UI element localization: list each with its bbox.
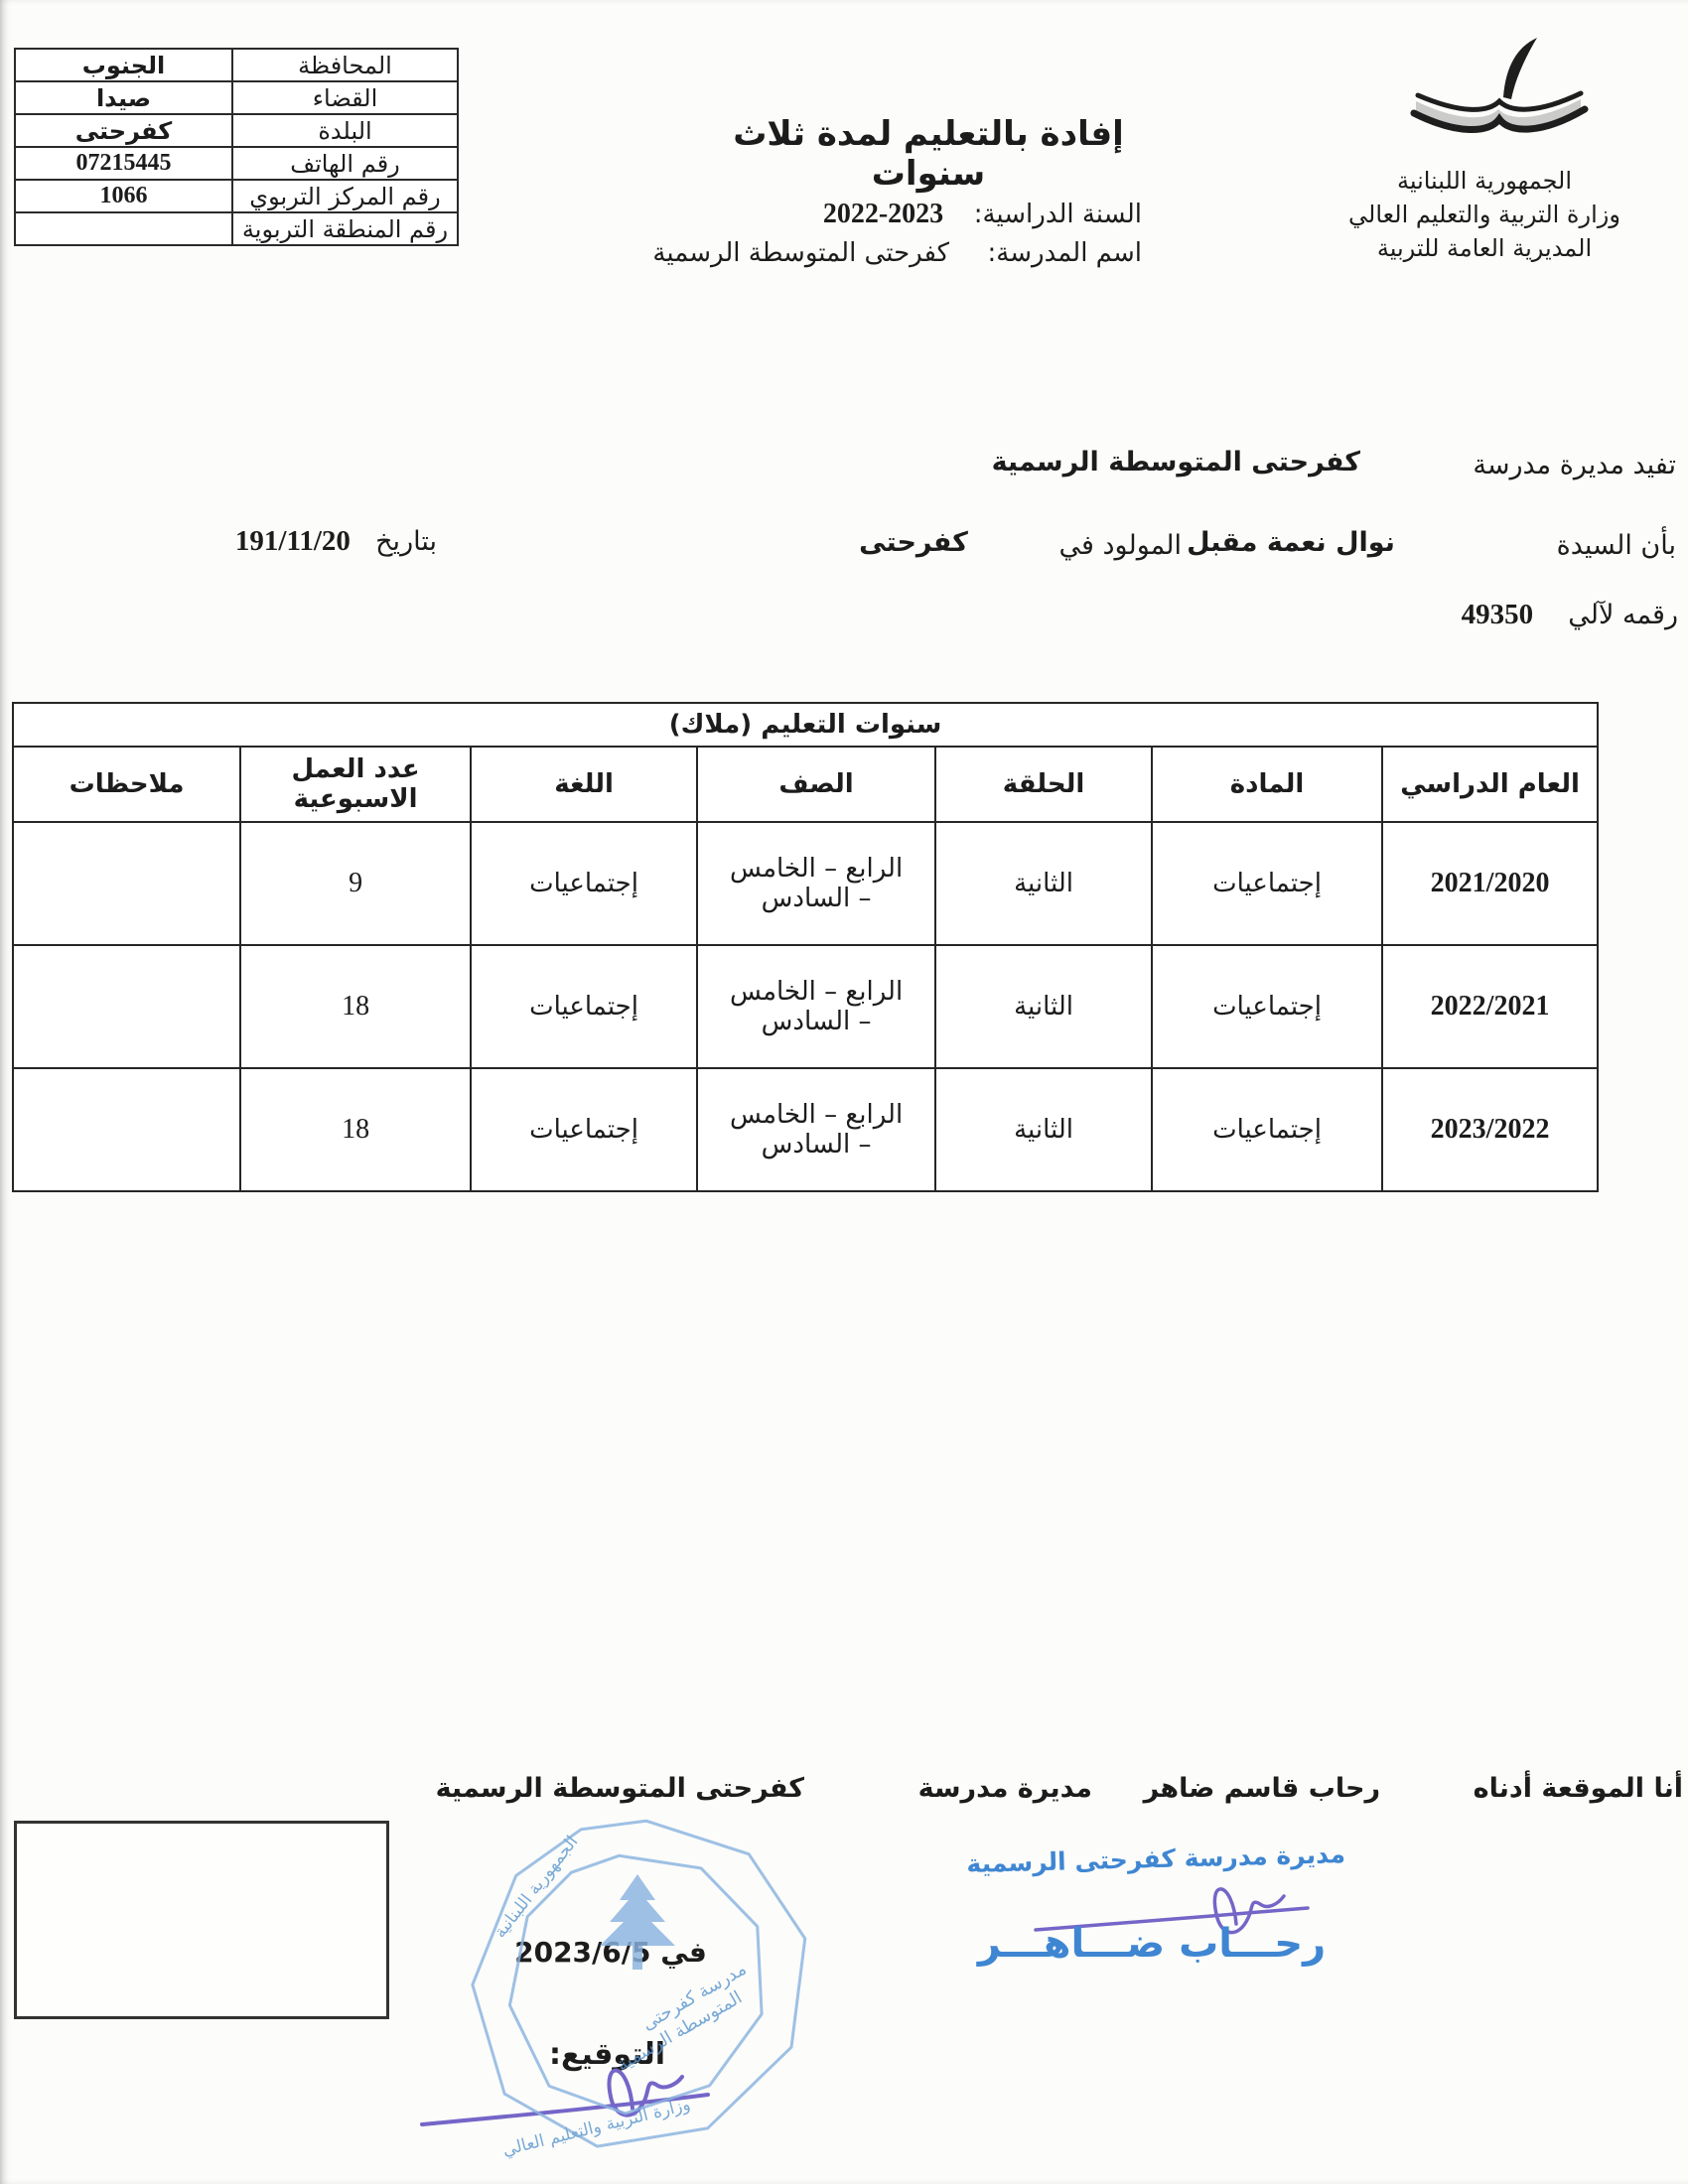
date-line: في 2023/6/5 xyxy=(501,1936,720,1969)
cycle-cell: الثانية xyxy=(935,1068,1152,1191)
weekly-hours-cell: 9 xyxy=(240,822,471,945)
notes-cell xyxy=(13,945,240,1068)
signer-name: رحاب قاسم ضاهر xyxy=(1172,1773,1380,1804)
language-cell: إجتماعيات xyxy=(471,945,697,1068)
teacher-name: نوال نعمة مقبل xyxy=(1172,527,1410,558)
meta-value: 1066 xyxy=(15,180,232,212)
registry-number-line: رقمه لآلي 49350 xyxy=(1331,599,1678,631)
grade-cell: الرابع – الخامس – السادس xyxy=(697,945,935,1068)
signer-school: كفرحتى المتوسطة الرسمية xyxy=(467,1773,804,1804)
table-row: 2023/2022 إجتماعيات الثانية الرابع – الخ… xyxy=(13,1068,1598,1191)
ministry-header: الجمهورية اللبنانية وزارة التربية والتعل… xyxy=(1331,164,1638,265)
school-year-line: السنة الدراسية: 2023-2022 xyxy=(774,199,1142,230)
meta-value: الجنوب xyxy=(15,49,232,81)
table-row: القضاء صيدا xyxy=(15,81,458,114)
language-cell: إجتماعيات xyxy=(471,822,697,945)
grade-cell: الرابع – الخامس – السادس xyxy=(697,822,935,945)
seal-text: الجمهورية اللبنانية xyxy=(491,1833,583,1943)
body-line1-school: كفرحتى المتوسطة الرسمية xyxy=(1033,447,1360,478)
empty-signature-box xyxy=(14,1821,389,2019)
handwritten-signature-icon xyxy=(412,2045,720,2144)
registry-number-value: 49350 xyxy=(1462,599,1534,630)
teaching-years-table: سنوات التعليم (ملاك) العام الدراسي الماد… xyxy=(12,702,1599,1192)
meta-value: صيدا xyxy=(15,81,232,114)
cycle-cell: الثانية xyxy=(935,822,1152,945)
col-header-language: اللغة xyxy=(471,747,697,822)
table-row: 2021/2020 إجتماعيات الثانية الرابع – الخ… xyxy=(13,822,1598,945)
table-row: 2022/2021 إجتماعيات الثانية الرابع – الخ… xyxy=(13,945,1598,1068)
col-header-subject: المادة xyxy=(1152,747,1382,822)
birthplace: كفرحتى xyxy=(854,527,973,558)
school-year-value: 2023-2022 xyxy=(823,199,943,229)
meta-label: البلدة xyxy=(232,114,458,147)
cycle-cell: الثانية xyxy=(935,945,1152,1068)
table-row: رقم المنطقة التربوية xyxy=(15,212,458,245)
school-year-label: السنة الدراسية: xyxy=(974,200,1142,229)
year-cell: 2021/2020 xyxy=(1382,822,1598,945)
col-header-grade: الصف xyxy=(697,747,935,822)
meta-label: رقم المركز التربوي xyxy=(232,180,458,212)
manager-stamp-name: رحـــاب ضـــاهـــر xyxy=(973,1921,1331,1967)
col-header-year: العام الدراسي xyxy=(1382,747,1598,822)
birthdate-line: بتاريخ 191/11/20 xyxy=(209,525,437,558)
subject-cell: إجتماعيات xyxy=(1152,822,1382,945)
school-name-value: كفرحتى المتوسطة الرسمية xyxy=(652,238,949,268)
col-header-notes: ملاحظات xyxy=(13,747,240,822)
footer-prefix: أنا الموقعة أدناه xyxy=(1445,1773,1683,1804)
language-cell: إجتماعيات xyxy=(471,1068,697,1191)
born-in-label: المولود في xyxy=(1033,530,1182,561)
body-line2-prefix: بأن السيدة xyxy=(1477,530,1676,561)
meta-info-table: المحافظة الجنوب القضاء صيدا البلدة كفرحت… xyxy=(14,48,459,246)
meta-label: رقم الهاتف xyxy=(232,147,458,180)
meta-label: القضاء xyxy=(232,81,458,114)
meta-label: رقم المنطقة التربوية xyxy=(232,212,458,245)
ministry-open-book-logo-icon xyxy=(1388,36,1609,153)
col-header-weekly-hours: عدد العمل الاسبوعية xyxy=(240,747,471,822)
meta-label: المحافظة xyxy=(232,49,458,81)
republic-name: الجمهورية اللبنانية xyxy=(1331,164,1638,198)
meta-value xyxy=(15,212,232,245)
col-header-cycle: الحلقة xyxy=(935,747,1152,822)
weekly-hours-cell: 18 xyxy=(240,1068,471,1191)
table-title-row: سنوات التعليم (ملاك) xyxy=(13,703,1598,747)
meta-value: كفرحتى xyxy=(15,114,232,147)
registry-number-label: رقمه لآلي xyxy=(1568,600,1678,630)
table-row: البلدة كفرحتى xyxy=(15,114,458,147)
year-cell: 2022/2021 xyxy=(1382,945,1598,1068)
scanned-document-page: المحافظة الجنوب القضاء صيدا البلدة كفرحت… xyxy=(0,0,1688,2184)
table-header-row: العام الدراسي المادة الحلقة الصف اللغة ع… xyxy=(13,747,1598,822)
school-name-line: اسم المدرسة: كفرحتى المتوسطة الرسمية xyxy=(616,238,1142,268)
notes-cell xyxy=(13,1068,240,1191)
document-title: إفادة بالتعليم لمدة ثلاث سنوات xyxy=(710,114,1147,194)
birthdate-value: 191/11/20 xyxy=(235,525,351,557)
notes-cell xyxy=(13,822,240,945)
body-line1-prefix: تفيد مديرة مدرسة xyxy=(1378,450,1676,480)
table-row: رقم المركز التربوي 1066 xyxy=(15,180,458,212)
grade-cell: الرابع – الخامس – السادس xyxy=(697,1068,935,1191)
table-row: رقم الهاتف 07215445 xyxy=(15,147,458,180)
birthdate-label: بتاريخ xyxy=(375,526,437,557)
weekly-hours-cell: 18 xyxy=(240,945,471,1068)
school-name-label: اسم المدرسة: xyxy=(988,238,1142,268)
table-title: سنوات التعليم (ملاك) xyxy=(13,703,1598,747)
subject-cell: إجتماعيات xyxy=(1152,945,1382,1068)
table-row: المحافظة الجنوب xyxy=(15,49,458,81)
seal-text: مدرسة كفرحتى xyxy=(638,1959,750,2035)
meta-value: 07215445 xyxy=(15,147,232,180)
signer-role: مديرة مدرسة xyxy=(943,1773,1092,1804)
year-cell: 2023/2022 xyxy=(1382,1068,1598,1191)
directorate-name: المديرية العامة للتربية xyxy=(1331,231,1638,265)
subject-cell: إجتماعيات xyxy=(1152,1068,1382,1191)
ministry-name: وزارة التربية والتعليم العالي xyxy=(1331,198,1638,231)
